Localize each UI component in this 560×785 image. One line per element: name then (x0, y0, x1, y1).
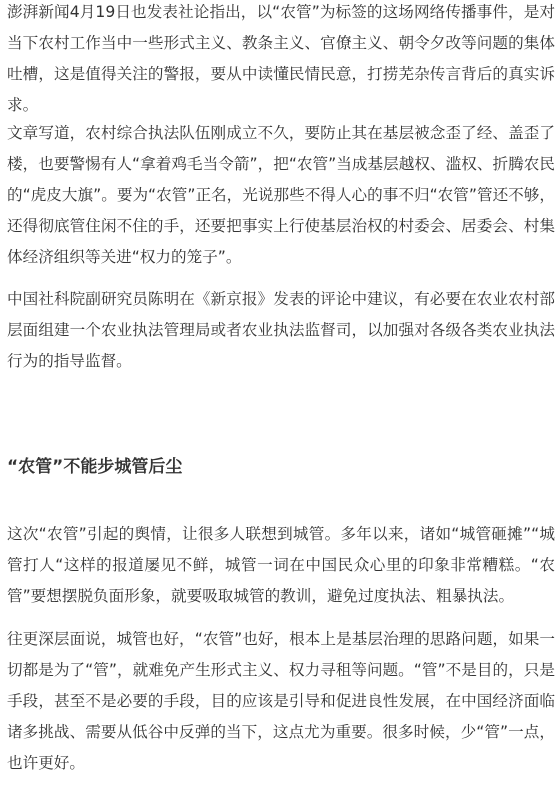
section-paragraph-2: 往更深层面说，城管也好，“农管”也好，根本上是基层治理的思路问题，如果一切都是为… (7, 624, 555, 779)
article-paragraph-3: 中国社科院副研究员陈明在《新京报》发表的评论中建议，有必要在农业农村部层面组建一… (7, 284, 555, 377)
section-paragraph-1: 这次“农管”引起的舆情，让很多人联想到城管。多年以来，诸如“城管砸摊”“城管打人… (7, 519, 555, 612)
section-heading: “农管”不能步城管后尘 (7, 452, 555, 482)
article-paragraph-1: 澎湃新闻4月19日也发表社论指出，以“农管”为标签的这场网络传播事件，是对当下农… (7, 0, 555, 121)
article-paragraph-2: 文章写道，农村综合执法队伍刚成立不久，要防止其在基层被念歪了经、盖歪了楼，也要警… (7, 118, 555, 273)
